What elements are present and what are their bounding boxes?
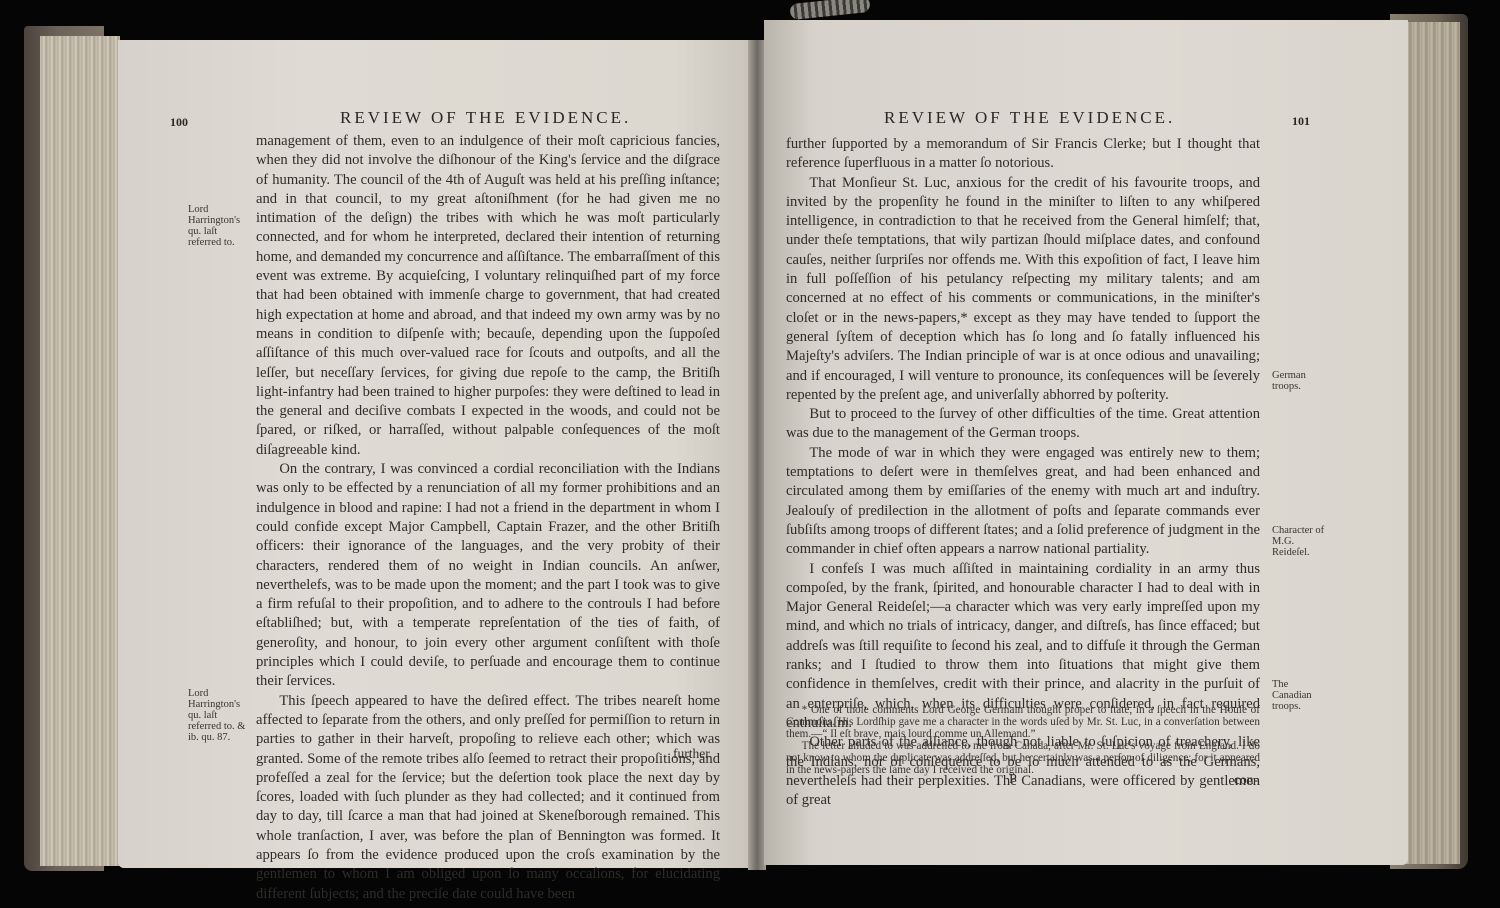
margin-note: German troops. (1272, 370, 1328, 392)
margin-note: Character of M.G. Reideſel. (1272, 525, 1330, 558)
page-edges-left (40, 36, 120, 866)
margin-note: Lord Harrington's qu. laſt referred to. … (188, 688, 252, 743)
paragraph: But to proceed to the ſurvey of other di… (786, 405, 1260, 444)
running-head: REVIEW OF THE EVIDENCE. (884, 108, 1175, 128)
paragraph: This ſpeech appeared to have the deſired… (256, 692, 720, 904)
left-page: 100 REVIEW OF THE EVIDENCE. Lord Harring… (118, 40, 750, 868)
running-head: REVIEW OF THE EVIDENCE. (340, 108, 631, 128)
paragraph: On the contrary, I was convinced a cordi… (256, 460, 720, 692)
catchword: con- (1234, 772, 1258, 788)
bookmark-ribbon (789, 0, 870, 20)
page-number: 100 (170, 115, 188, 130)
paragraph: management of them, even to an indulgenc… (256, 132, 720, 460)
footnote: * One of thoſe comments Lord George Germ… (786, 704, 1260, 740)
footnote: The letter alluded to was addreſſed to m… (786, 740, 1260, 776)
margin-note: The Canadian troops. (1272, 679, 1328, 712)
paragraph: That Monſieur St. Luc, anxious for the c… (786, 174, 1260, 406)
catchword: further (673, 746, 710, 762)
right-page: REVIEW OF THE EVIDENCE. 101 further ſupp… (764, 20, 1408, 865)
paragraph: further ſupported by a memorandum of Sir… (786, 135, 1260, 174)
page-number: 101 (1292, 114, 1310, 129)
paragraph: The mode of war in which they were engag… (786, 444, 1260, 560)
signature-mark: P (1009, 772, 1017, 788)
footnotes: * One of thoſe comments Lord George Germ… (786, 704, 1260, 776)
body-text: management of them, even to an indulgenc… (256, 132, 720, 904)
margin-note: Lord Harrington's qu. laſt referred to. (188, 204, 250, 248)
page-edges-right (1405, 22, 1460, 864)
